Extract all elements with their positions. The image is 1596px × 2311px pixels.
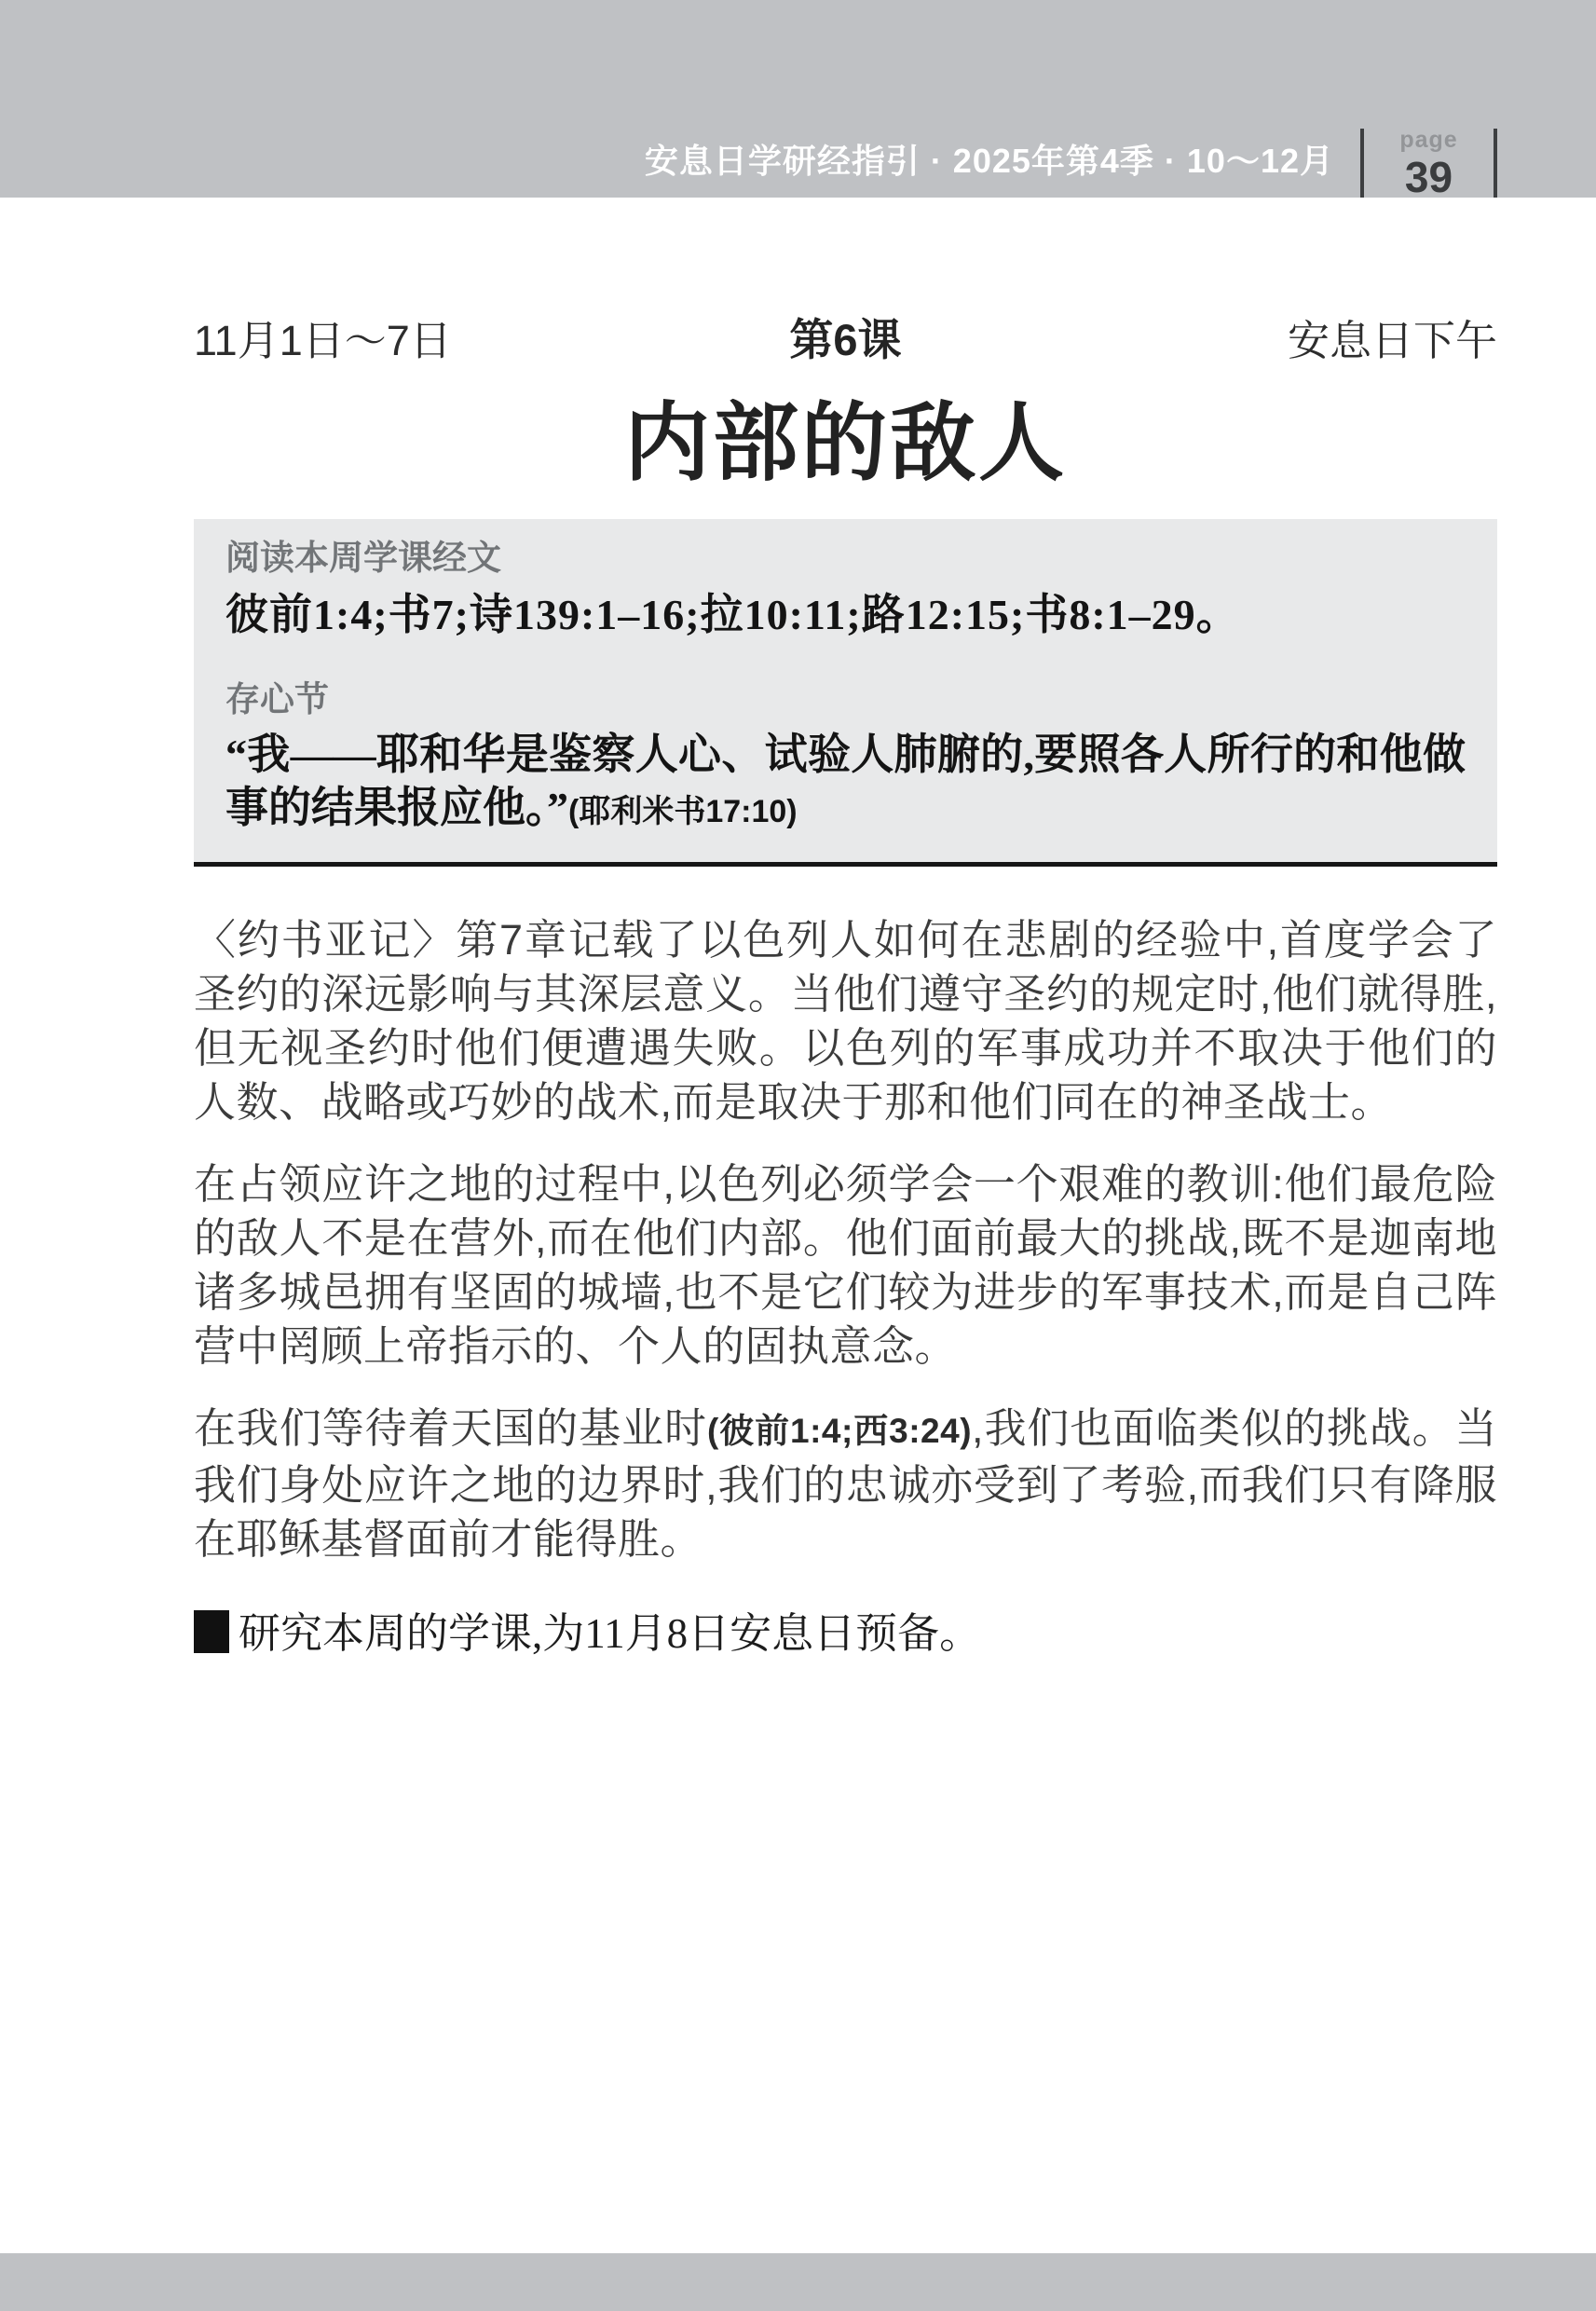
lesson-header-row: 11月1日～7日 第6课 安息日下午: [194, 306, 1497, 368]
black-square-bullet-icon: [194, 1610, 229, 1653]
reading-references: 彼前1:4;书7;诗139:1–16;拉10:11;路12:15;书8:1–29…: [225, 589, 1466, 640]
page-label: page: [1399, 129, 1457, 152]
reading-memory-box: 阅读本周学课经文 彼前1:4;书7;诗139:1–16;拉10:11;路12:1…: [194, 519, 1497, 867]
lesson-date-range: 11月1日～7日: [194, 307, 452, 367]
paragraph-3-text: 在我们等待着天国的基业时: [194, 1404, 707, 1452]
lesson-title: 内部的敌人: [194, 392, 1497, 495]
paragraph-3-scripture-reference: (彼前1:4;西3:24): [707, 1412, 972, 1450]
paragraph-1: 〈约书亚记〉第7章记载了以色列人如何在悲剧的经验中,首度学会了圣约的深远影响与其…: [194, 913, 1497, 1129]
lesson-number: 第6课: [789, 306, 901, 368]
page-body: 11月1日～7日 第6课 安息日下午 内部的敌人 阅读本周学课经文 彼前1:4;…: [0, 198, 1596, 2253]
top-margin-band: 安息日学研经指引 · 2025年第4季 · 10～12月 page 39: [0, 0, 1596, 198]
content-column: 11月1日～7日 第6课 安息日下午 内部的敌人 阅读本周学课经文 彼前1:4;…: [194, 198, 1497, 1661]
lesson-session: 安息日下午: [1288, 307, 1497, 367]
paragraph-2: 在占领应许之地的过程中,以色列必须学会一个艰难的教训:他们最危险的敌人不是在营外…: [194, 1157, 1497, 1374]
journal-title: 安息日学研经指引 · 2025年第4季 · 10～12月: [645, 135, 1334, 183]
page-number-box: page 39: [1360, 129, 1497, 198]
study-instruction: 研究本周的学课,为11月8日安息日预备。: [194, 1607, 1497, 1660]
memory-verse-reference: (耶利米书17:10): [568, 794, 798, 829]
memory-verse-label: 存心节: [225, 679, 1466, 720]
bottom-margin-band: [0, 2253, 1596, 2311]
paragraph-3: 在我们等待着天国的基业时(彼前1:4;西3:24),我们也面临类似的挑战。当我们…: [194, 1402, 1497, 1566]
memory-verse: “我——耶和华是鉴察人心、试验人肺腑的,要照各人所行的和他做事的结果报应他。”(…: [225, 728, 1466, 834]
reading-label: 阅读本周学课经文: [225, 538, 1466, 579]
study-instruction-text: 研究本周的学课,为11月8日安息日预备。: [239, 1610, 981, 1657]
memory-verse-text: “我——耶和华是鉴察人心、试验人肺腑的,要照各人所行的和他做事的结果报应他。”: [225, 731, 1466, 831]
running-header: 安息日学研经指引 · 2025年第4季 · 10～12月 page 39: [645, 129, 1497, 198]
page-number: 39: [1405, 156, 1453, 198]
